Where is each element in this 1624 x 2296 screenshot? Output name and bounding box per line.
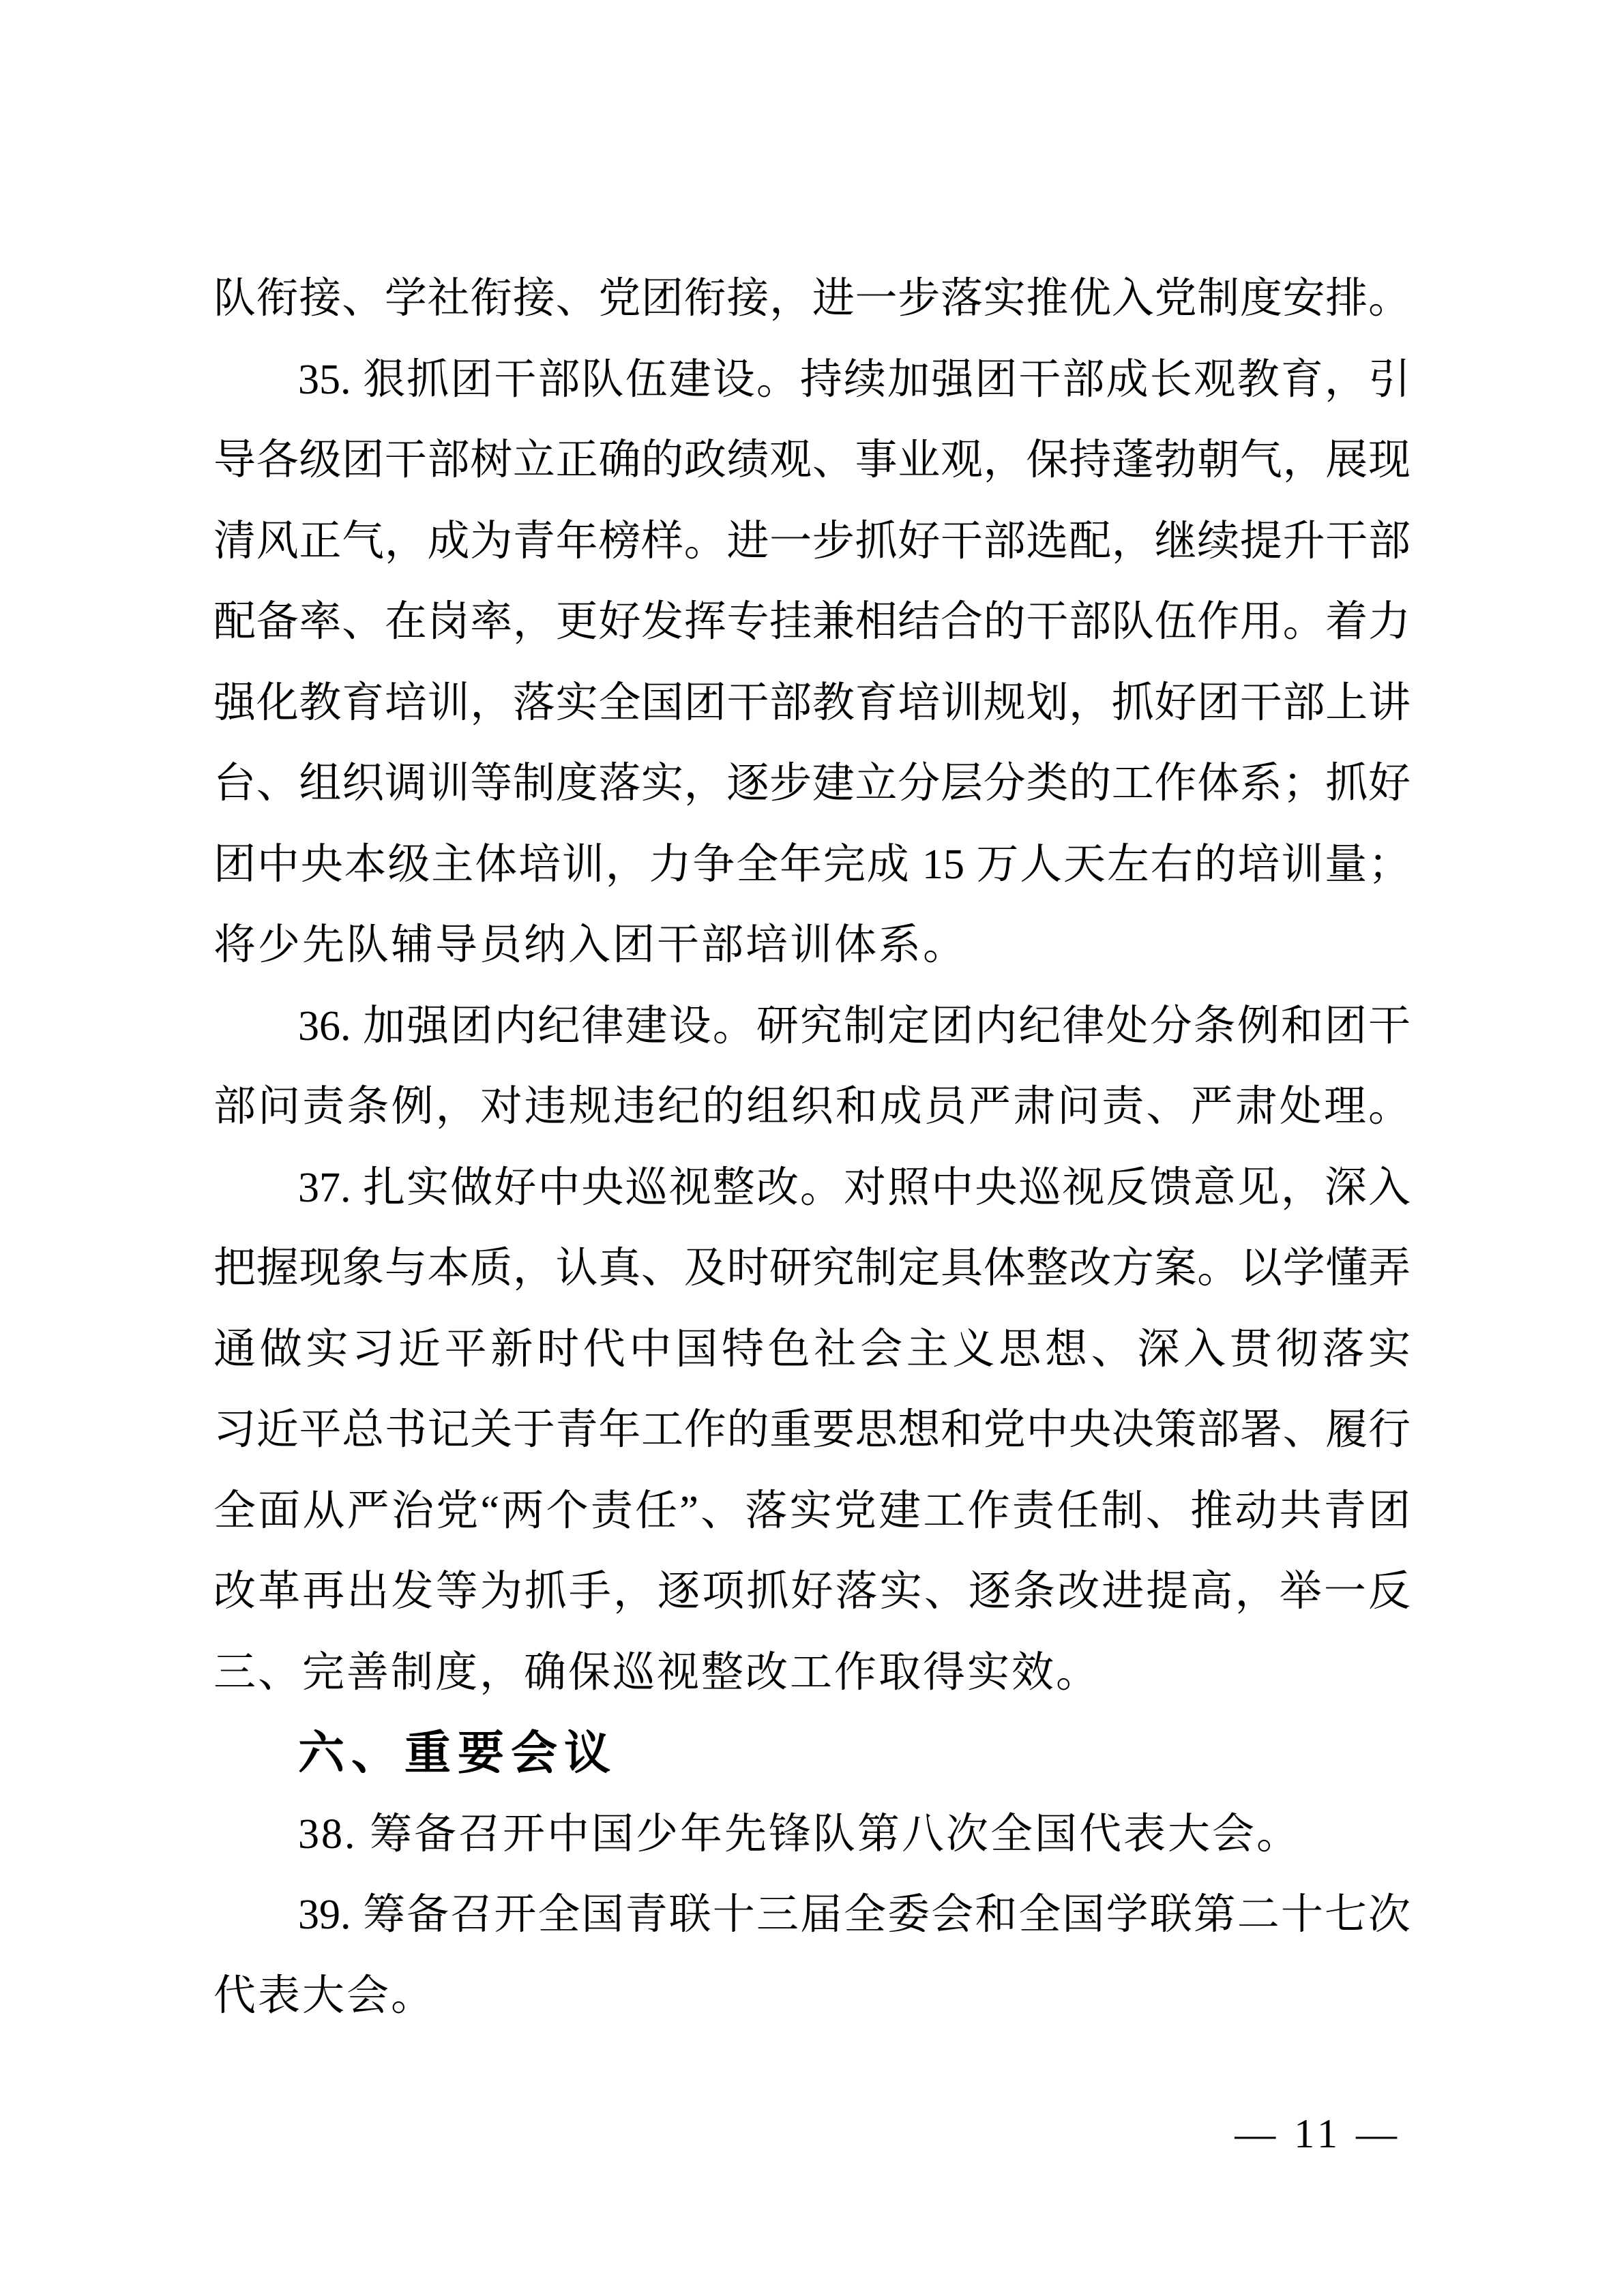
body-line: 全面从严治党“两个责任”、落实党建工作责任制、推动共青团 — [213, 1471, 1411, 1552]
paragraph-item-38: 38. 筹备召开中国少年先锋队第八次全国代表大会。 — [213, 1794, 1411, 1875]
paragraph-last-line: 将少先队辅导员纳入团干部培训体系。 — [213, 905, 1411, 986]
paragraph-first-line: 36. 加强团内纪律建设。研究制定团内纪律处分条例和团干 — [213, 986, 1411, 1067]
body-line: 把握现象与本质，认真、及时研究制定具体整改方案。以学懂弄 — [213, 1228, 1411, 1309]
body-line: 台、组织调训等制度落实，逐步建立分层分类的工作体系；抓好 — [213, 743, 1411, 824]
body-line: 团中央本级主体培训，力争全年完成 15 万人天左右的培训量； — [213, 824, 1411, 906]
body-line: 队衔接、学社衔接、党团衔接，进一步落实推优入党制度安排。 — [213, 258, 1411, 340]
document-page: 队衔接、学社衔接、党团衔接，进一步落实推优入党制度安排。 35. 狠抓团干部队伍… — [0, 0, 1624, 2296]
paragraph-item-35: 35. 狠抓团干部队伍建设。持续加强团干部成长观教育，引 导各级团干部树立正确的… — [213, 340, 1411, 986]
paragraph-item-36: 36. 加强团内纪律建设。研究制定团内纪律处分条例和团干 部问责条例，对违规违纪… — [213, 986, 1411, 1148]
section-heading: 六、重要会议 — [213, 1713, 1411, 1794]
section-6: 六、重要会议 — [213, 1713, 1411, 1794]
paragraph-item-37: 37. 扎实做好中央巡视整改。对照中央巡视反馈意见，深入 把握现象与本质，认真、… — [213, 1148, 1411, 1714]
paragraph-item-39: 39. 筹备召开全国青联十三届全委会和全国学联第二十七次 代表大会。 — [213, 1875, 1411, 2036]
body-line: 导各级团干部树立正确的政绩观、事业观，保持蓬勃朝气，展现 — [213, 420, 1411, 501]
paragraph-first-line: 35. 狠抓团干部队伍建设。持续加强团干部成长观教育，引 — [213, 340, 1411, 421]
paragraph-first-line: 39. 筹备召开全国青联十三届全委会和全国学联第二十七次 — [213, 1875, 1411, 1956]
paragraph-last-line: 代表大会。 — [213, 1956, 1411, 2037]
paragraph-last-line: 部问责条例，对违规违纪的组织和成员严肃问责、严肃处理。 — [213, 1067, 1411, 1148]
body-line: 强化教育培训，落实全国团干部教育培训规划，抓好团干部上讲 — [213, 663, 1411, 744]
paragraph-first-line: 37. 扎实做好中央巡视整改。对照中央巡视反馈意见，深入 — [213, 1148, 1411, 1229]
document-body: 队衔接、学社衔接、党团衔接，进一步落实推优入党制度安排。 35. 狠抓团干部队伍… — [213, 258, 1411, 2036]
paragraph-item-34-continuation: 队衔接、学社衔接、党团衔接，进一步落实推优入党制度安排。 — [213, 258, 1411, 340]
body-line: 习近平总书记关于青年工作的重要思想和党中央决策部署、履行 — [213, 1390, 1411, 1471]
paragraph-first-line: 38. 筹备召开中国少年先锋队第八次全国代表大会。 — [213, 1794, 1411, 1875]
body-line: 通做实习近平新时代中国特色社会主义思想、深入贯彻落实 — [213, 1309, 1411, 1390]
body-line: 改革再出发等为抓手，逐项抓好落实、逐条改进提高，举一反 — [213, 1551, 1411, 1632]
body-line: 清风正气，成为青年榜样。进一步抓好干部选配，继续提升干部 — [213, 501, 1411, 582]
page-number: — 11 — — [1235, 2109, 1401, 2158]
paragraph-last-line: 三、完善制度，确保巡视整改工作取得实效。 — [213, 1632, 1411, 1714]
body-line: 配备率、在岗率，更好发挥专挂兼相结合的干部队伍作用。着力 — [213, 582, 1411, 663]
